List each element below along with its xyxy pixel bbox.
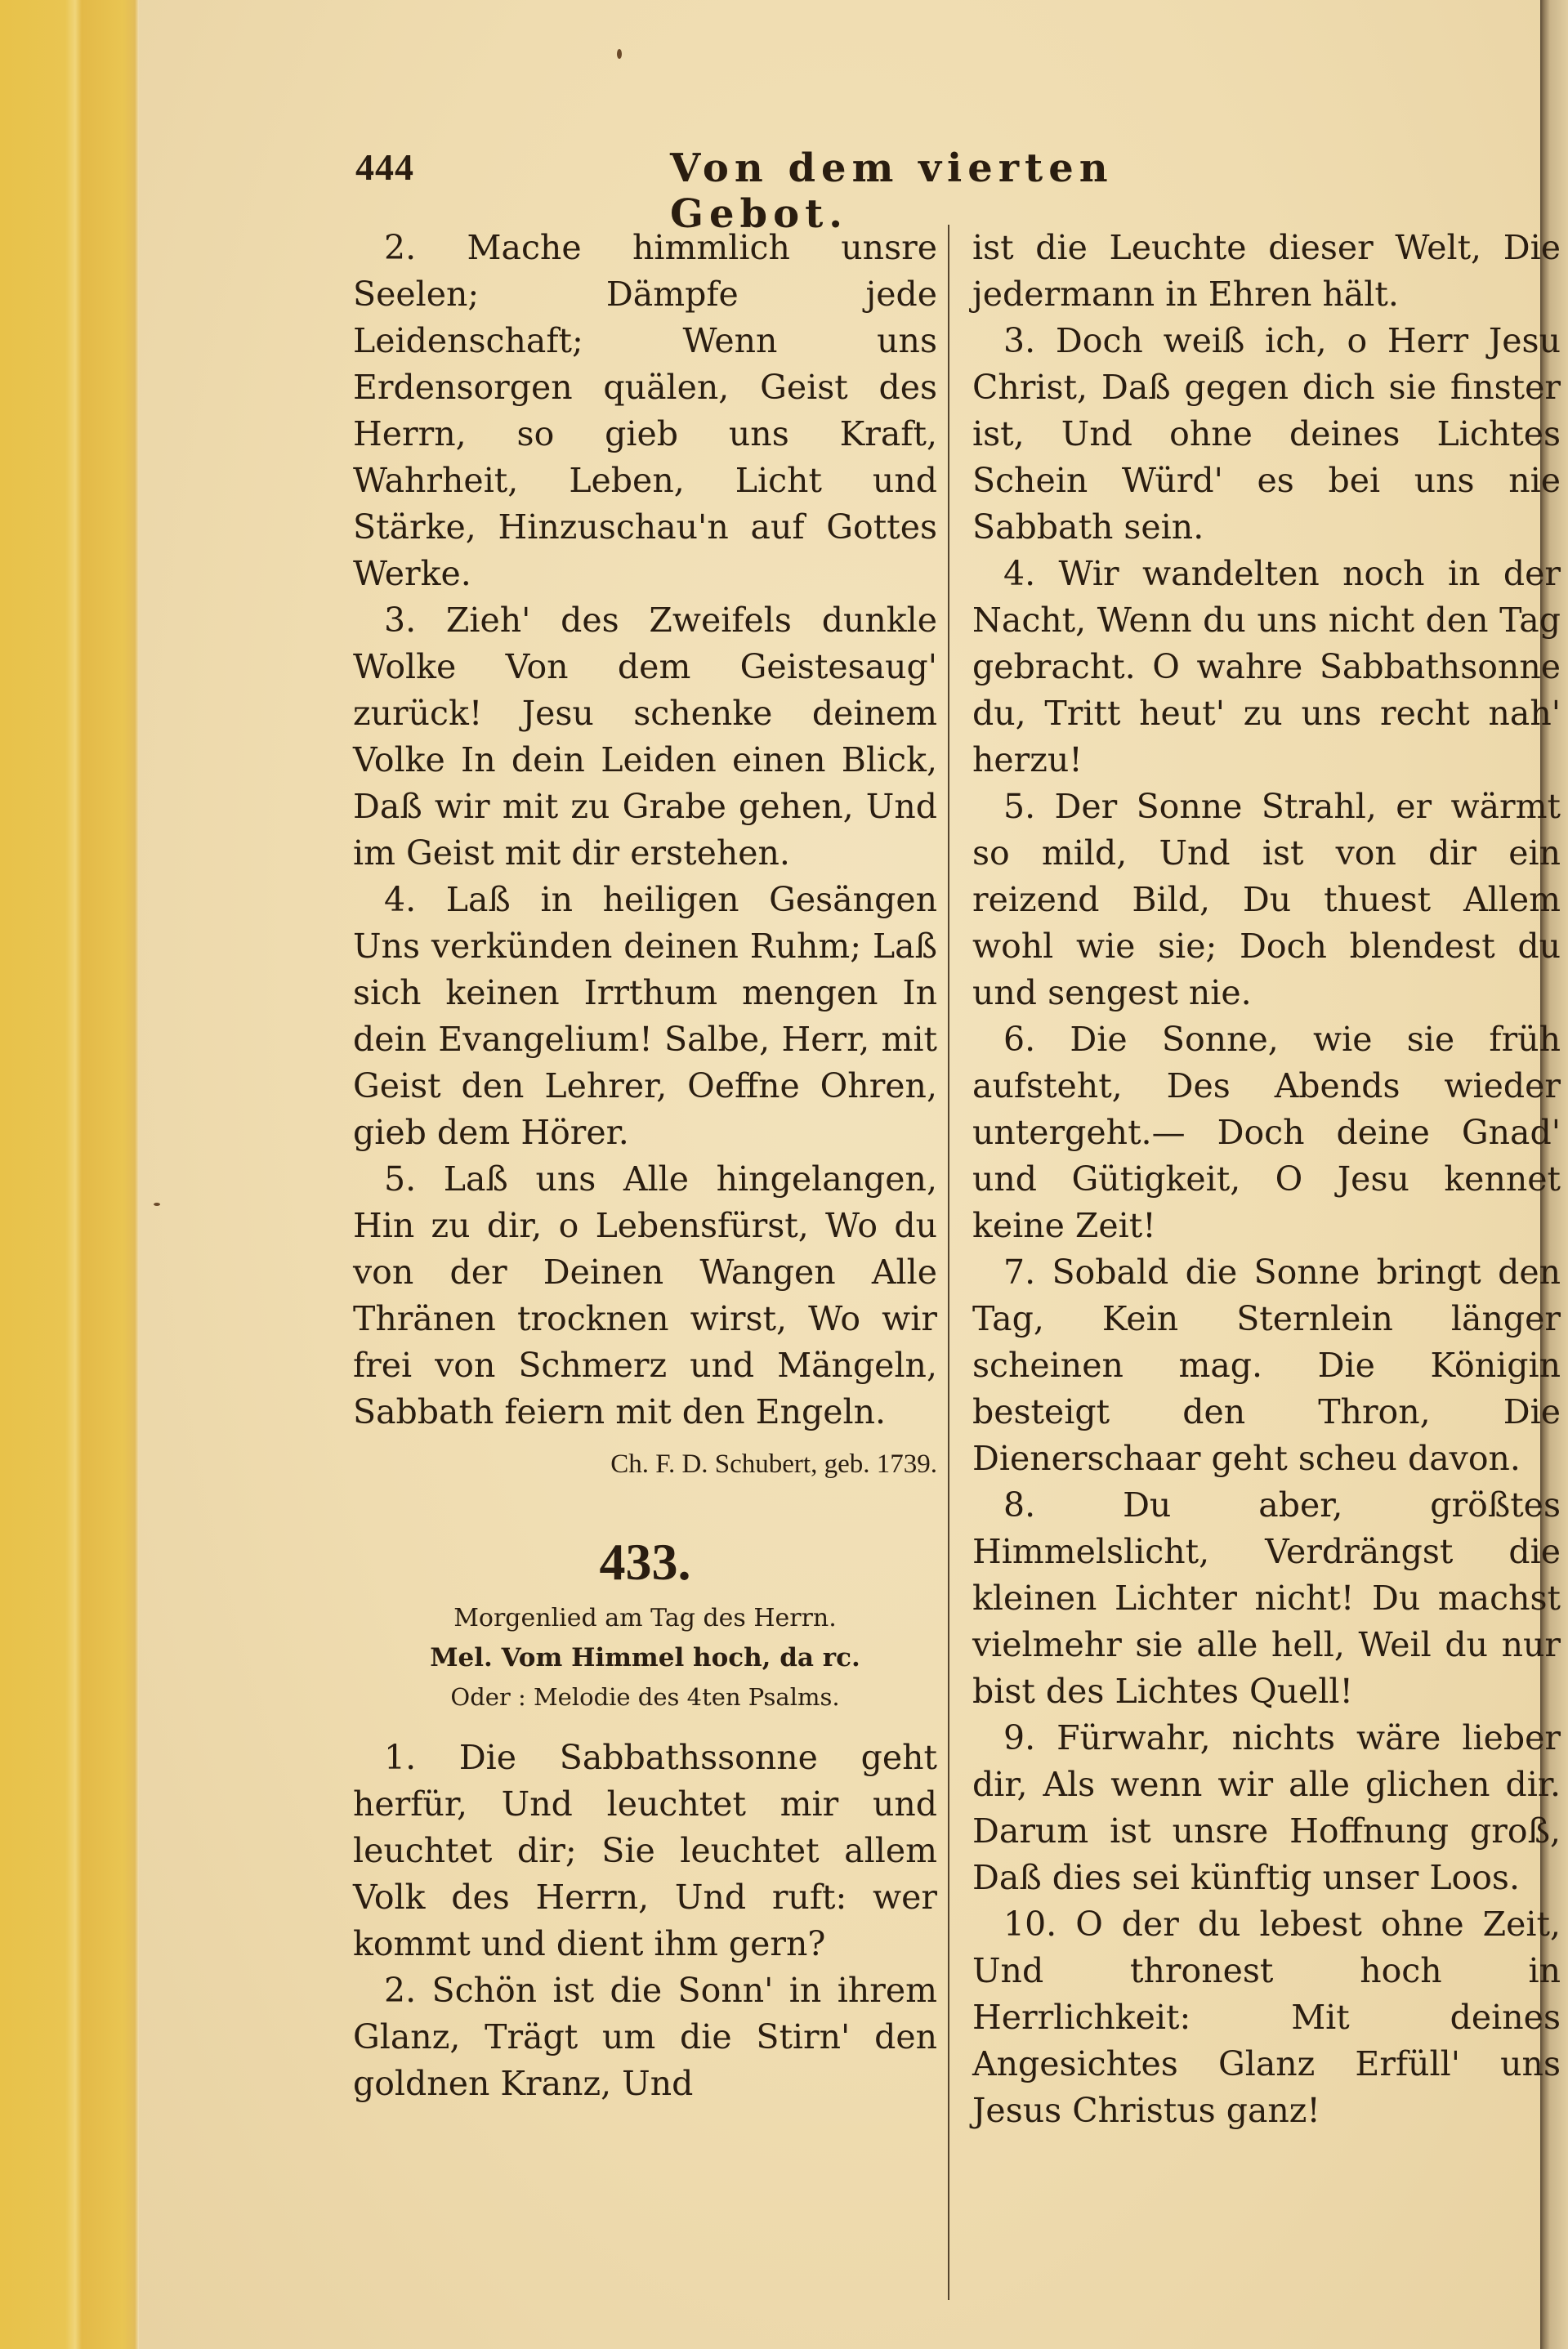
verse-number: 6. — [1003, 1020, 1035, 1059]
verse-number: 9. — [1003, 1718, 1035, 1757]
verse-number: 10. — [1003, 1905, 1057, 1944]
verse-continuation: ist die Leuchte dieser Welt, Die jederma… — [972, 225, 1561, 318]
verse-number: 3. — [384, 601, 416, 640]
column-divider — [948, 225, 949, 2300]
verse: 4. Laß in heiligen Gesängen Uns verkünde… — [353, 877, 937, 1156]
verse-text: Schön ist die Sonn' in ihrem Glanz, Träg… — [353, 1971, 937, 2103]
running-title: Von dem vierten Gebot. — [670, 145, 1262, 237]
verse-number: 5. — [384, 1159, 416, 1199]
left-column: 2. Mache himmlich unsre Seelen; Dämpfe j… — [353, 225, 937, 2107]
verse: 2. Schön ist die Sonn' in ihrem Glanz, T… — [353, 1967, 937, 2107]
verse-number: 1. — [384, 1738, 416, 1777]
verse: 5. Laß uns Alle hingelangen, Hin zu dir,… — [353, 1156, 937, 1436]
verse: 3. Doch weiß ich, o Herr Jesu Christ, Da… — [972, 318, 1561, 551]
verse-text: Die Sabbathssonne geht herfür, Und leuch… — [353, 1738, 937, 1963]
verse-number: 5. — [1003, 787, 1035, 826]
verse-number: 7. — [1003, 1253, 1035, 1292]
verse-number: 2. — [384, 228, 416, 267]
verse-text: Du aber, größtes Himmelslicht, Verdrängs… — [972, 1485, 1561, 1711]
verse-number: 2. — [384, 1971, 416, 2010]
verse-number: 8. — [1003, 1485, 1035, 1525]
verse: 7. Sobald die Sonne bringt den Tag, Kein… — [972, 1249, 1561, 1482]
verse-text: Der Sonne Strahl, er wärmt so mild, Und … — [972, 787, 1561, 1012]
book-page-edges — [0, 0, 139, 2349]
verse: 4. Wir wandelten noch in der Nacht, Wenn… — [972, 551, 1561, 784]
verse: 6. Die Sonne, wie sie früh aufsteht, Des… — [972, 1016, 1561, 1249]
verse-text: Sobald die Sonne bringt den Tag, Kein St… — [972, 1253, 1561, 1478]
author-attribution: Ch. F. D. Schubert, geb. 1739. — [353, 1444, 937, 1485]
verse-text: Die Sonne, wie sie früh aufsteht, Des Ab… — [972, 1020, 1561, 1245]
verse: 9. Fürwahr, nichts wäre lieber dir, Als … — [972, 1715, 1561, 1901]
verse-text: Mache himmlich unsre Seelen; Dämpfe jede… — [353, 228, 937, 593]
verse: 2. Mache himmlich unsre Seelen; Dämpfe j… — [353, 225, 937, 597]
hymn-melody: Mel. Vom Himmel hoch, da rc. — [353, 1638, 937, 1677]
ink-fleck — [617, 49, 622, 59]
hymn-number: 433. — [353, 1525, 937, 1599]
verse-number: 3. — [1003, 321, 1035, 360]
verse-text: Fürwahr, nichts wäre lieber dir, Als wen… — [972, 1718, 1561, 1897]
verse-number: 4. — [384, 880, 416, 919]
verse: 3. Zieh' des Zweifels dunkle Wolke Von d… — [353, 597, 937, 877]
verse-text: Laß in heiligen Gesängen Uns verkünden d… — [353, 880, 937, 1152]
hymn-title: Morgenlied am Tag des Herrn. — [353, 1599, 937, 1638]
ink-fleck — [154, 1203, 160, 1206]
verse: 1. Die Sabbathssonne geht herfür, Und le… — [353, 1735, 937, 1967]
verse-text: Doch weiß ich, o Herr Jesu Christ, Daß g… — [972, 321, 1561, 547]
right-column: ist die Leuchte dieser Welt, Die jederma… — [972, 225, 1561, 2134]
verse: 5. Der Sonne Strahl, er wärmt so mild, U… — [972, 784, 1561, 1016]
verse-number: 4. — [1003, 554, 1035, 593]
verse: 10. O der du lebest ohne Zeit, Und thron… — [972, 1901, 1561, 2134]
verse: 8. Du aber, größtes Himmelslicht, Verdrä… — [972, 1482, 1561, 1715]
verse-text: Zieh' des Zweifels dunkle Wolke Von dem … — [353, 601, 937, 873]
hymn-alt-melody: Oder : Melodie des 4ten Psalms. — [353, 1677, 937, 1717]
verse-text: O der du lebest ohne Zeit, Und thronest … — [972, 1905, 1561, 2130]
page-number: 444 — [355, 145, 414, 189]
verse-text: Laß uns Alle hingelangen, Hin zu dir, o … — [353, 1159, 937, 1431]
page-header: 444 Von dem vierten Gebot. — [355, 145, 1262, 203]
verse-text: Wir wandelten noch in der Nacht, Wenn du… — [972, 554, 1561, 779]
